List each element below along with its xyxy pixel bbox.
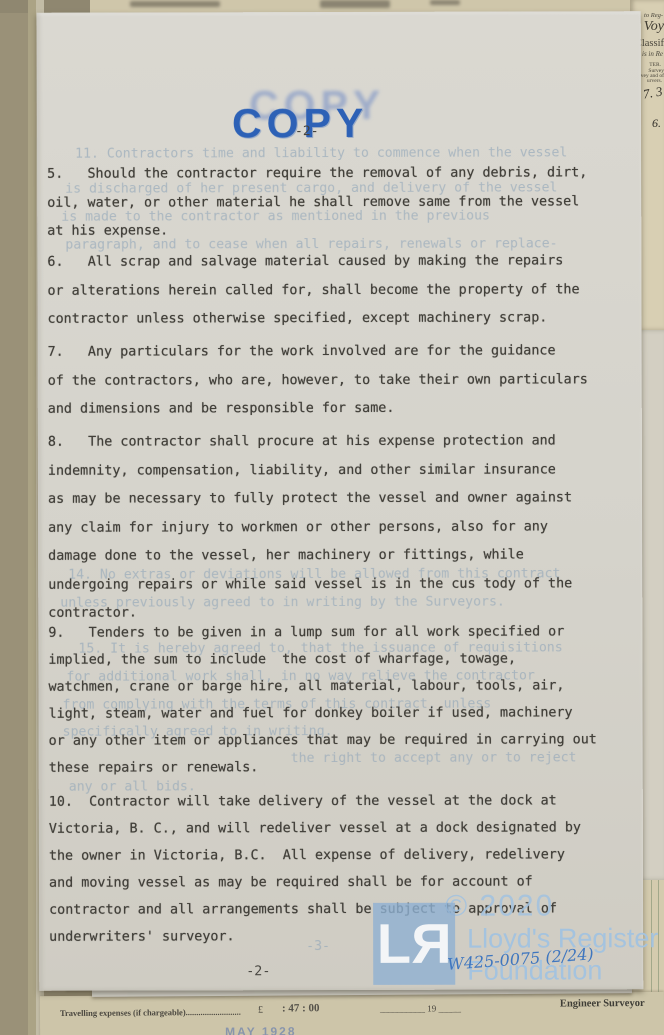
background-paper-top-corner: [0, 0, 90, 13]
paragraph-9: 9. Tenders to be given in a lump sum for…: [48, 618, 630, 782]
form-right-label: Engineer Surveyor: [560, 998, 645, 1010]
side-fragment-handwritten: 6.: [652, 116, 661, 131]
page-number: -2-: [246, 964, 270, 979]
sheet-stack-edge: [28, 0, 36, 1035]
paper-fragment-mark: [430, 0, 460, 5]
paragraph-8: 8. The contractor shall procure at his e…: [48, 427, 631, 628]
side-fragment: Voy: [644, 19, 664, 35]
side-fragment-handwritten: 7. 3: [641, 83, 663, 102]
paper-fragment-mark: [320, 0, 390, 8]
paragraph-6: 6. All scrap and salvage material caused…: [47, 247, 629, 334]
watermark-copyright: © 2020: [445, 889, 554, 923]
paragraph-7: 7. Any particulars for the work involved…: [48, 337, 630, 424]
lr-logo: LR: [373, 903, 455, 985]
form-label: Travelling expenses (if chargeable).....…: [60, 1007, 241, 1018]
paper-fragment-mark: [130, 1, 220, 7]
lr-logo-letter-r: R: [411, 916, 452, 972]
lr-logo-letter-l: L: [377, 912, 411, 975]
typed-page-note: -2-: [295, 124, 319, 139]
side-fragment: to Reg-: [644, 12, 663, 19]
form-year-blank: __________ 19 _____: [380, 1003, 461, 1014]
date-stamp-partial: MAY 1928: [225, 1024, 296, 1035]
form-currency: £: [258, 1005, 263, 1016]
paragraph-5: 5. Should the contractor require the rem…: [47, 159, 629, 246]
bottom-form-sheet: Travelling expenses (if chargeable).....…: [40, 992, 664, 1035]
side-fragment: is in Re: [642, 50, 663, 58]
scanned-archive-photo: { "stamps": { "copy": "COPY", "typed_not…: [0, 0, 664, 1035]
scanned-page: COPY COPY -2- 11. Contractors time and l…: [37, 11, 644, 991]
form-amount: : 47 : 00: [282, 1002, 320, 1014]
